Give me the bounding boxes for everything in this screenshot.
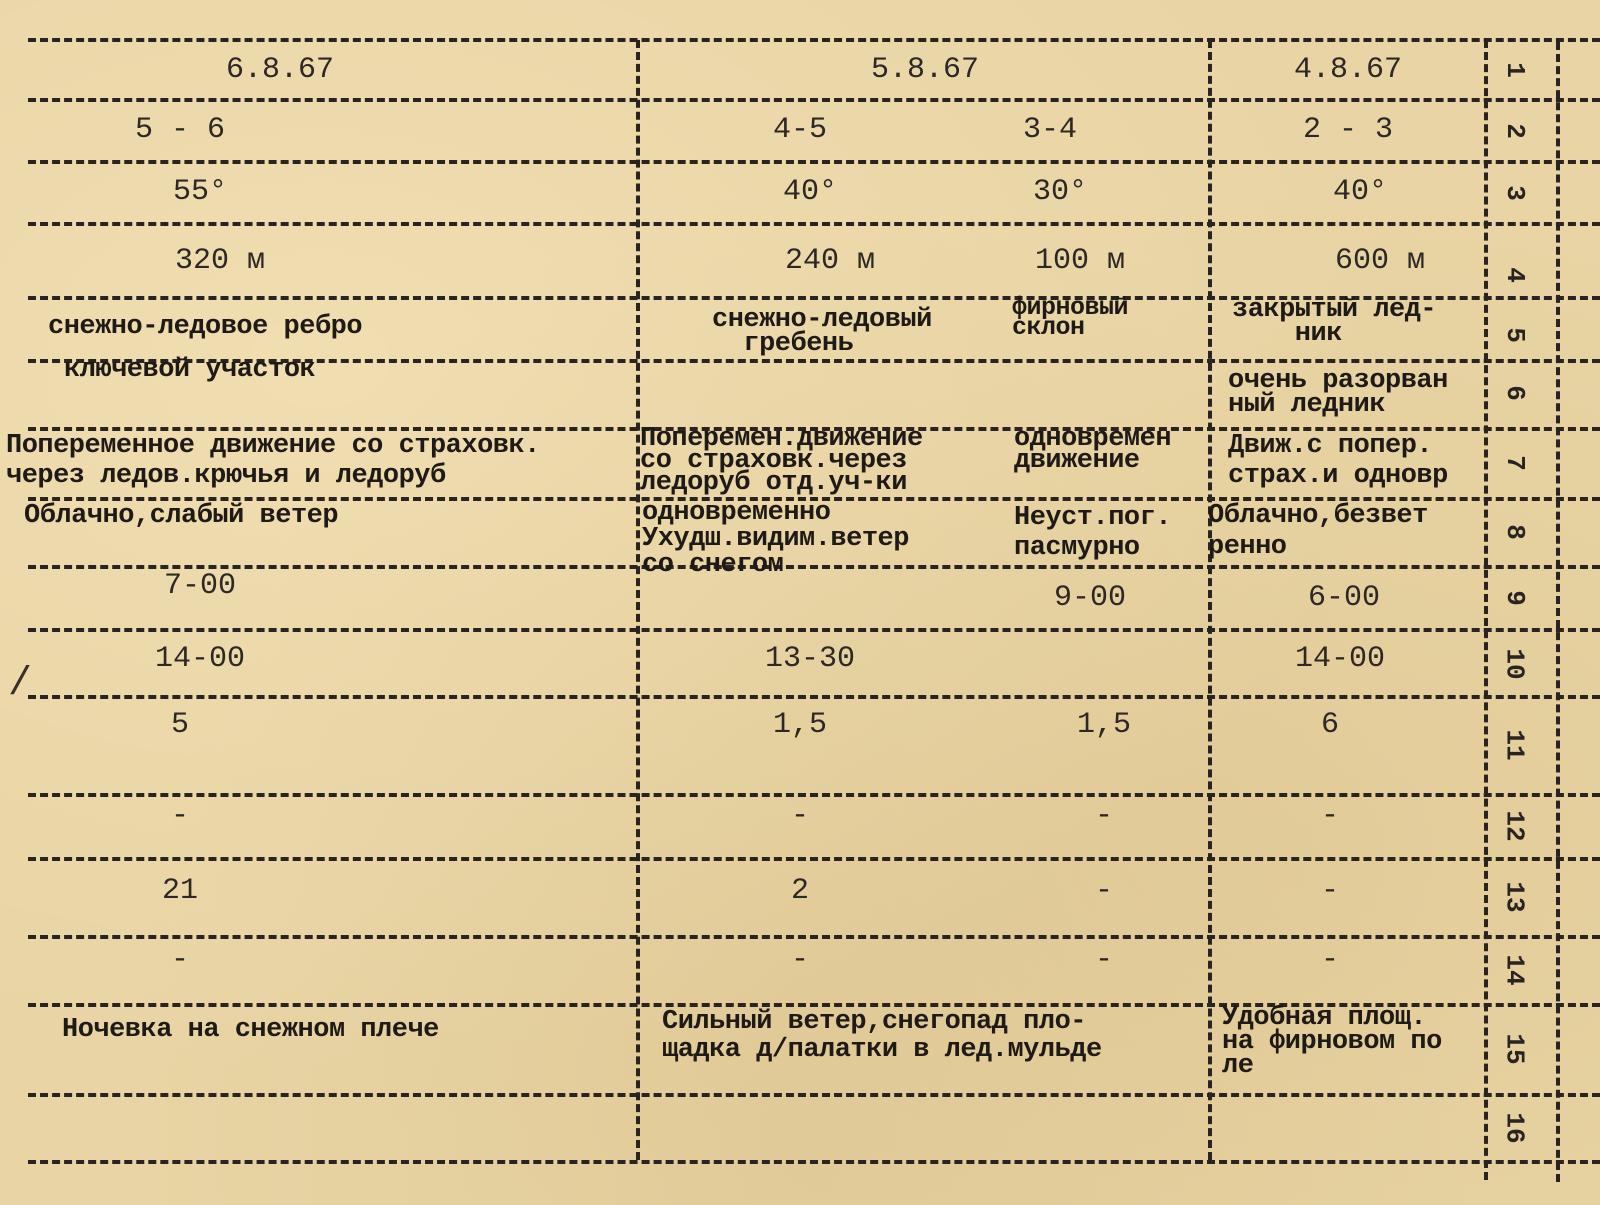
row-number-9: 9 (1490, 568, 1540, 628)
r13-c2b: - (1054, 866, 1154, 916)
r7-c4-movement: Движ.с попер. страх.и одновр (1228, 430, 1488, 492)
r9-c2b-start: 9-00 (1010, 570, 1170, 626)
r2-c4: 2 - 3 (1212, 102, 1484, 158)
r7-c2b-movement: одновремен движение (1014, 428, 1214, 488)
typed-table-sheet: / 6.8.67 5.8.67 4.8.67 5 - 6 4-5 3-4 2 -… (0, 0, 1600, 1205)
r11-c2b: 1,5 (1054, 700, 1154, 750)
r11-c2a: 1,5 (750, 700, 850, 750)
r5-c4-relief: закрытый лед- ник (1232, 298, 1492, 360)
r13-c2a: 2 (750, 866, 850, 916)
r15-c4-bivouac: Удобная площ. на фирновом по ле (1222, 1006, 1484, 1090)
r8-c2a-weather: одновременно Ухудш.видим.ветер со снегом (642, 500, 1002, 578)
row-number-7: 7 (1490, 430, 1540, 496)
row-number-11: 11 (1490, 698, 1540, 792)
rule-15-16 (28, 1093, 1600, 1097)
r8-c1-weather: Облачно,слабый ветер (24, 500, 504, 532)
r15-c2-bivouac: Сильный ветер,снегопад пло- щадка д/пала… (662, 1008, 1202, 1074)
r11-c4: 6 (1280, 700, 1380, 750)
r4-c4: 600 м (1300, 228, 1460, 294)
r9-c1-start: 7-00 (120, 568, 280, 604)
r8-c2b-weather: Неуст.пог. пасмурно (1014, 502, 1214, 564)
r14-c4: - (1280, 940, 1380, 980)
rule-col-num-right (1556, 42, 1560, 1182)
margin-tick-mark: / (8, 662, 32, 707)
r13-c1: 21 (130, 866, 230, 916)
r4-c1: 320 м (140, 228, 300, 294)
r1-c4-date: 4.8.67 (1212, 42, 1484, 98)
r12-c2b: - (1054, 796, 1154, 836)
rule-bottom (28, 1160, 1600, 1164)
r3-c1: 55° (130, 164, 270, 220)
r4-c2b: 100 м (1000, 228, 1160, 294)
rule-col-4-num (1484, 40, 1488, 1180)
r5-c2b-relief: фирновый склон (1012, 298, 1202, 348)
row-number-10: 10 (1490, 632, 1540, 696)
r3-c2b: 30° (1000, 164, 1120, 220)
row-number-12: 12 (1490, 796, 1540, 856)
r3-c4: 40° (1290, 164, 1430, 220)
r3-c2a: 40° (750, 164, 870, 220)
r14-c1: - (130, 940, 230, 980)
row-number-13: 13 (1490, 860, 1540, 934)
row-number-15: 15 (1490, 1006, 1540, 1092)
r10-c4-end: 14-00 (1250, 634, 1430, 684)
r14-c2a: - (750, 940, 850, 980)
r11-c1: 5 (130, 700, 230, 750)
row-number-5: 5 (1490, 310, 1540, 360)
row-number-6: 6 (1490, 362, 1540, 424)
row-number-1: 1 (1490, 42, 1540, 98)
rule-12-13 (28, 857, 1600, 861)
r2-c1: 5 - 6 (60, 102, 300, 158)
r2-c2b: 3-4 (980, 102, 1120, 158)
rule-10-11 (28, 695, 1600, 699)
r5-c1-relief: снежно-ледовое ребро (48, 302, 608, 352)
rule-9-10 (28, 628, 1600, 632)
r2-c2a: 4-5 (730, 102, 870, 158)
rule-3-4 (28, 222, 1600, 226)
rule-col-1-2 (636, 40, 640, 1160)
row-number-4: 4 (1490, 240, 1540, 310)
r4-c2a: 240 м (750, 228, 910, 294)
row-number-14: 14 (1490, 938, 1540, 1002)
r1-c2-date: 5.8.67 (640, 42, 1210, 98)
r7-c2a-movement: Поперемен.движение со страховк.через лед… (640, 428, 1010, 504)
row-number-3: 3 (1490, 164, 1540, 222)
r13-c4: - (1280, 866, 1380, 916)
r7-c1-movement: Попеременное движение со страховк. через… (6, 428, 646, 494)
r12-c1: - (130, 796, 230, 836)
r12-c4: - (1280, 796, 1380, 836)
r10-c1-end: 14-00 (110, 634, 290, 684)
r6-c4: очень разорван ный ледник (1228, 362, 1488, 424)
r10-c2a-end: 13-30 (720, 634, 900, 684)
rule-13-14 (28, 935, 1600, 939)
row-number-2: 2 (1490, 102, 1540, 160)
r1-c1-date: 6.8.67 (60, 42, 500, 98)
r9-c4-start: 6-00 (1264, 570, 1424, 626)
r8-c4-weather: Облачно,безвет ренно (1208, 500, 1488, 564)
r15-c1-bivouac: Ночевка на снежном плече (62, 1008, 582, 1052)
row-number-16: 16 (1490, 1096, 1540, 1160)
r6-c1-key-section: ключевой участок (64, 352, 564, 388)
r14-c2b: - (1054, 940, 1154, 980)
rule-col-2-4 (1208, 40, 1212, 1160)
r12-c2a: - (750, 796, 850, 836)
row-number-8: 8 (1490, 500, 1540, 564)
r5-c2a-relief: снежно-ледовый гребень (712, 302, 1002, 374)
